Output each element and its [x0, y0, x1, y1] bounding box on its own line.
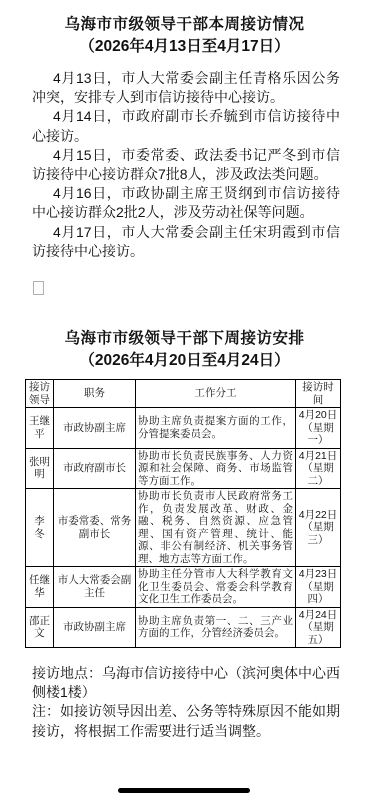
next-week-title: 乌海市市级领导干部下周接访安排 — [0, 328, 369, 350]
report-paragraph: 4月16日，市政协副主席王贤纲到市信访接待中心接访群众2批2人，涉及劳动社保等问… — [32, 184, 340, 222]
leader-name: 李 冬 — [26, 489, 54, 567]
week-report-title: 乌海市市级领导干部本周接访情况 — [0, 14, 369, 36]
reception-time: 4月20日（星期一） — [296, 408, 341, 449]
reception-time: 4月21日（星期二） — [296, 448, 341, 489]
reception-schedule-table: 接访领导 职务 工作分工 接访时间 王继平 市政协副主席 协助主席负责提案方面的… — [25, 379, 341, 648]
leader-name: 任继华 — [26, 567, 54, 608]
week-report-date-range: （2026年4月13日至4月17日） — [0, 36, 369, 58]
leader-duties: 协助市长负责民族事务、人力资源和社会保障、商务、市场监管等方面工作。 — [136, 448, 296, 489]
leader-duties: 协助主席负责第一、二、三产业方面的工作，分管经济委员会。 — [136, 607, 296, 648]
table-row: 任继华 市人大常委会副主任 协助主任分管市人大科学教育文化卫生委员会、常委会科学… — [26, 567, 341, 608]
report-paragraph: 4月13日，市人大常委会副主任青格乐因公务冲突，安排专人到市信访接待中心接访。 — [32, 69, 340, 107]
home-indicator-bar — [118, 788, 250, 793]
leader-name: 邵正文 — [26, 607, 54, 648]
header-time: 接访时间 — [296, 380, 341, 408]
leader-position: 市人大常委会副主任 — [54, 567, 136, 608]
leader-position: 市政协副主席 — [54, 607, 136, 648]
leader-position: 市政协副主席 — [54, 408, 136, 449]
leader-duties: 协助主任分管市人大科学教育文化卫生委员会、常委会科学教育文化卫生工作委员会。 — [136, 567, 296, 608]
report-paragraph: 4月15日，市委常委、政法委书记严冬到市信访接待中心接访群众7批8人，涉及政法类… — [32, 146, 340, 184]
report-paragraph: 4月14日，市政府副市长乔毓到市信访接待中心接访。 — [32, 107, 340, 145]
table-row: 李 冬 市委常委、常务副市长 协助市长负责市人民政府常务工作，负责发展改革、财政… — [26, 489, 341, 567]
reception-time: 4月24日（星期五） — [296, 607, 341, 648]
header-position: 职务 — [54, 380, 136, 408]
leader-position: 市委常委、常务副市长 — [54, 489, 136, 567]
header-leader: 接访领导 — [26, 380, 54, 408]
report-paragraph: 4月17日，市人大常委会副主任宋玥霞到市信访接待中心接访。 — [32, 223, 340, 261]
table-row: 邵正文 市政协副主席 协助主席负责第一、二、三产业方面的工作，分管经济委员会。 … — [26, 607, 341, 648]
reception-time: 4月22日（星期三） — [296, 489, 341, 567]
reception-location-note: 接访地点：乌海市信访接待中心（滨河奥体中心西侧楼1楼） — [32, 664, 340, 702]
leader-name: 王继平 — [26, 408, 54, 449]
table-row: 张明明 市政府副市长 协助市长负责民族事务、人力资源和社会保障、商务、市场监管等… — [26, 448, 341, 489]
reception-time: 4月23日（星期四） — [296, 567, 341, 608]
table-row: 王继平 市政协副主席 协助主席负责提案方面的工作，分管提案委员会。 4月20日（… — [26, 408, 341, 449]
leader-position: 市政府副市长 — [54, 448, 136, 489]
header-duties: 工作分工 — [136, 380, 296, 408]
document-page: 乌海市市级领导干部本周接访情况 （2026年4月13日至4月17日） 4月13日… — [0, 14, 369, 741]
next-week-date-range: （2026年4月20日至4月24日） — [0, 350, 369, 372]
leader-duties: 协助主席负责提案方面的工作，分管提案委员会。 — [136, 408, 296, 449]
missing-glyph-placeholder-icon — [33, 281, 44, 295]
leader-name: 张明明 — [26, 448, 54, 489]
table-header-row: 接访领导 职务 工作分工 接访时间 — [26, 380, 341, 408]
schedule-change-note: 注：如接访领导因出差、公务等特殊原因不能如期接访，将根据工作需要进行适当调整。 — [32, 702, 340, 740]
leader-duties: 协助市长负责市人民政府常务工作，负责发展改革、财政、金融、税务、自然资源、应急管… — [136, 489, 296, 567]
